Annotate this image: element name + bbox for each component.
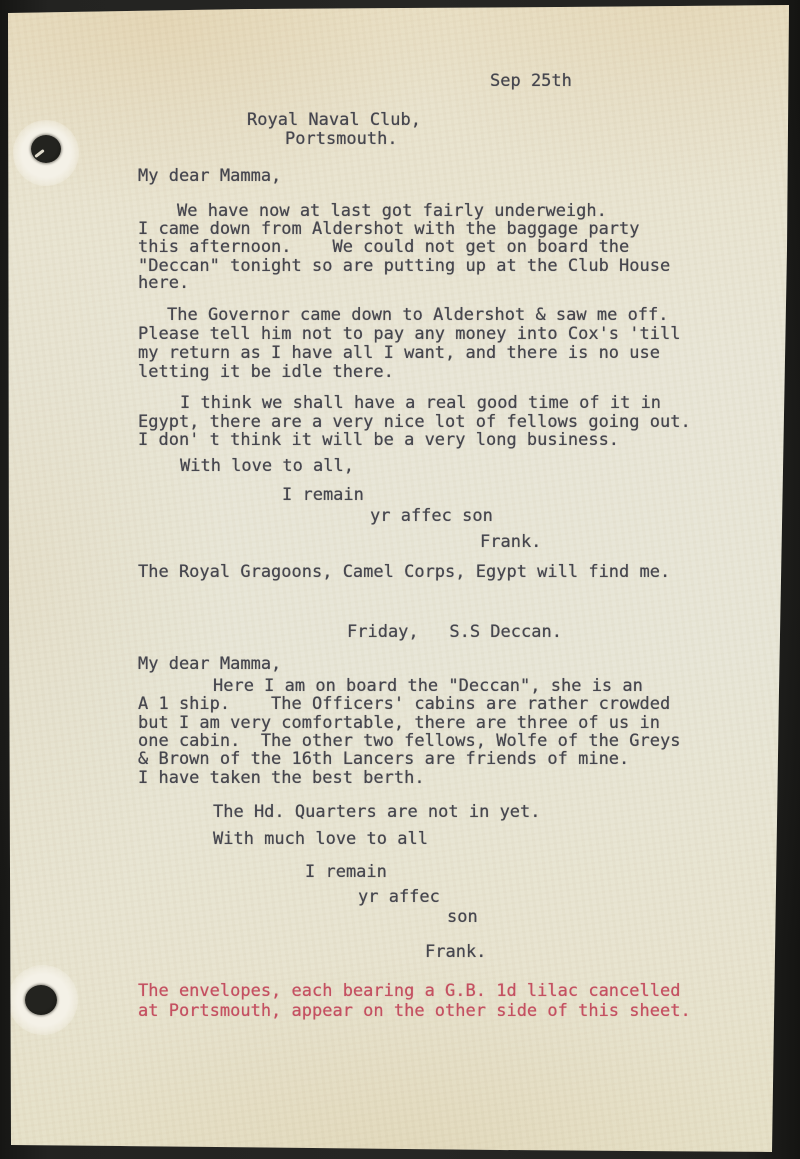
letter-sheet: Sep 25thRoyal Naval Club,Portsmouth.My d…	[0, 0, 800, 1159]
letter-2-line: The Hd. Quarters are not in yet.	[213, 803, 541, 821]
letter-2-line: Here I am on board the "Deccan", she is …	[213, 677, 643, 695]
letter-1-line: With love to all,	[180, 457, 354, 475]
letter-1-line: I came down from Aldershot with the bagg…	[138, 220, 640, 238]
letter-2-line: one cabin. The other two fellows, Wolfe …	[138, 732, 680, 750]
letter-1-line: Sep 25th	[490, 72, 572, 90]
dealer-note-line: The envelopes, each bearing a G.B. 1d li…	[138, 982, 680, 1000]
letter-2-line: Friday, S.S Deccan.	[347, 623, 562, 641]
letter-2-line: but I am very comfortable, there are thr…	[138, 714, 660, 732]
letter-1-line: Portsmouth.	[285, 130, 398, 148]
letter-2-line: With much love to all	[213, 830, 428, 848]
letter-1-line: this afternoon. We could not get on boar…	[138, 238, 629, 256]
letter-1-line: The Governor came down to Aldershot & sa…	[167, 306, 669, 324]
letter-text-layer: Sep 25thRoyal Naval Club,Portsmouth.My d…	[0, 0, 800, 1159]
letter-1-line: My dear Mamma,	[138, 167, 281, 185]
letter-1-line: I think we shall have a real good time o…	[180, 394, 661, 412]
letter-1-line: Royal Naval Club,	[247, 111, 421, 129]
letter-2-line: I have taken the best berth.	[138, 769, 425, 787]
letter-2-line: & Brown of the 16th Lancers are friends …	[138, 750, 629, 768]
letter-2-line: yr affec	[358, 888, 440, 906]
letter-2-line: Frank.	[425, 943, 486, 961]
letter-2-line: son	[447, 908, 478, 926]
letter-1-line: Please tell him not to pay any money int…	[138, 325, 680, 343]
letter-2-line: I remain	[305, 863, 387, 881]
letter-1-line: The Royal Gragoons, Camel Corps, Egypt w…	[138, 563, 670, 581]
letter-1-line: I don' t think it will be a very long bu…	[138, 431, 619, 449]
dealer-note-line: at Portsmouth, appear on the other side …	[138, 1002, 691, 1020]
letter-2-line: A 1 ship. The Officers' cabins are rathe…	[138, 695, 670, 713]
photo-mount-background: Sep 25thRoyal Naval Club,Portsmouth.My d…	[0, 0, 800, 1159]
letter-1-line: Frank.	[480, 533, 541, 551]
letter-1-line: yr affec son	[370, 507, 493, 525]
letter-1-line: here.	[138, 274, 189, 292]
letter-1-line: I remain	[282, 486, 364, 504]
letter-2-line: My dear Mamma,	[138, 655, 281, 673]
letter-1-line: my return as I have all I want, and ther…	[138, 344, 660, 362]
letter-1-line: We have now at last got fairly underweig…	[177, 202, 607, 220]
letter-1-line: Egypt, there are a very nice lot of fell…	[138, 413, 691, 431]
letter-1-line: letting it be idle there.	[138, 363, 394, 381]
letter-1-line: "Deccan" tonight so are putting up at th…	[138, 257, 670, 275]
